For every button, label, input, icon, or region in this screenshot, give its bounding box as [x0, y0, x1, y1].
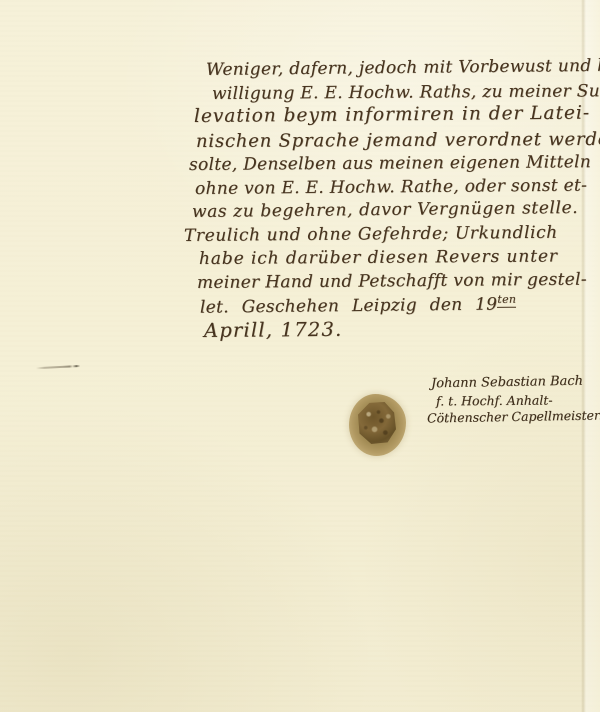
signature-line-title-2: Cöthenscher Capellmeister. [427, 407, 600, 425]
signature-line-name: Johann Sebastian Bach [431, 374, 583, 392]
signature-line-title-1: f. t. Hochf. Anhalt- [436, 392, 553, 408]
manuscript-line: willigung E. E. Hochw. Raths, zu meiner … [212, 81, 600, 104]
manuscript-line: Weniger, dafern, jedoch mit Vorbewust un… [206, 56, 600, 80]
manuscript-line: meiner Hand und Petschafft von mir geste… [197, 270, 587, 293]
manuscript-line: levation beym informiren in der Latei- [194, 103, 590, 127]
date-superscript: ten [497, 293, 516, 308]
pencil-mark [36, 365, 84, 370]
manuscript-line: nischen Sprache jemand verordnet werden [196, 129, 600, 152]
manuscript-line: solte, Denselben aus meinen eigenen Mitt… [189, 152, 591, 175]
manuscript-line: was zu begehren, davor Vergnügen stelle. [192, 198, 578, 222]
manuscript-line: ohne von E. E. Hochw. Rathe, oder sonst … [195, 176, 587, 199]
manuscript-date-line: let. Geschehen Leipzig den 19ten [200, 293, 517, 318]
manuscript-line: habe ich darüber diesen Revers unter [199, 246, 558, 269]
manuscript-date-line-2: Aprill, 1723. [204, 318, 343, 342]
date-line-text: let. Geschehen Leipzig den 19 [200, 295, 498, 318]
manuscript-page: Weniger, dafern, jedoch mit Vorbewust un… [0, 0, 600, 712]
wax-seal [349, 394, 406, 456]
manuscript-line: Treulich und ohne Gefehrde; Urkundlich [184, 223, 558, 246]
